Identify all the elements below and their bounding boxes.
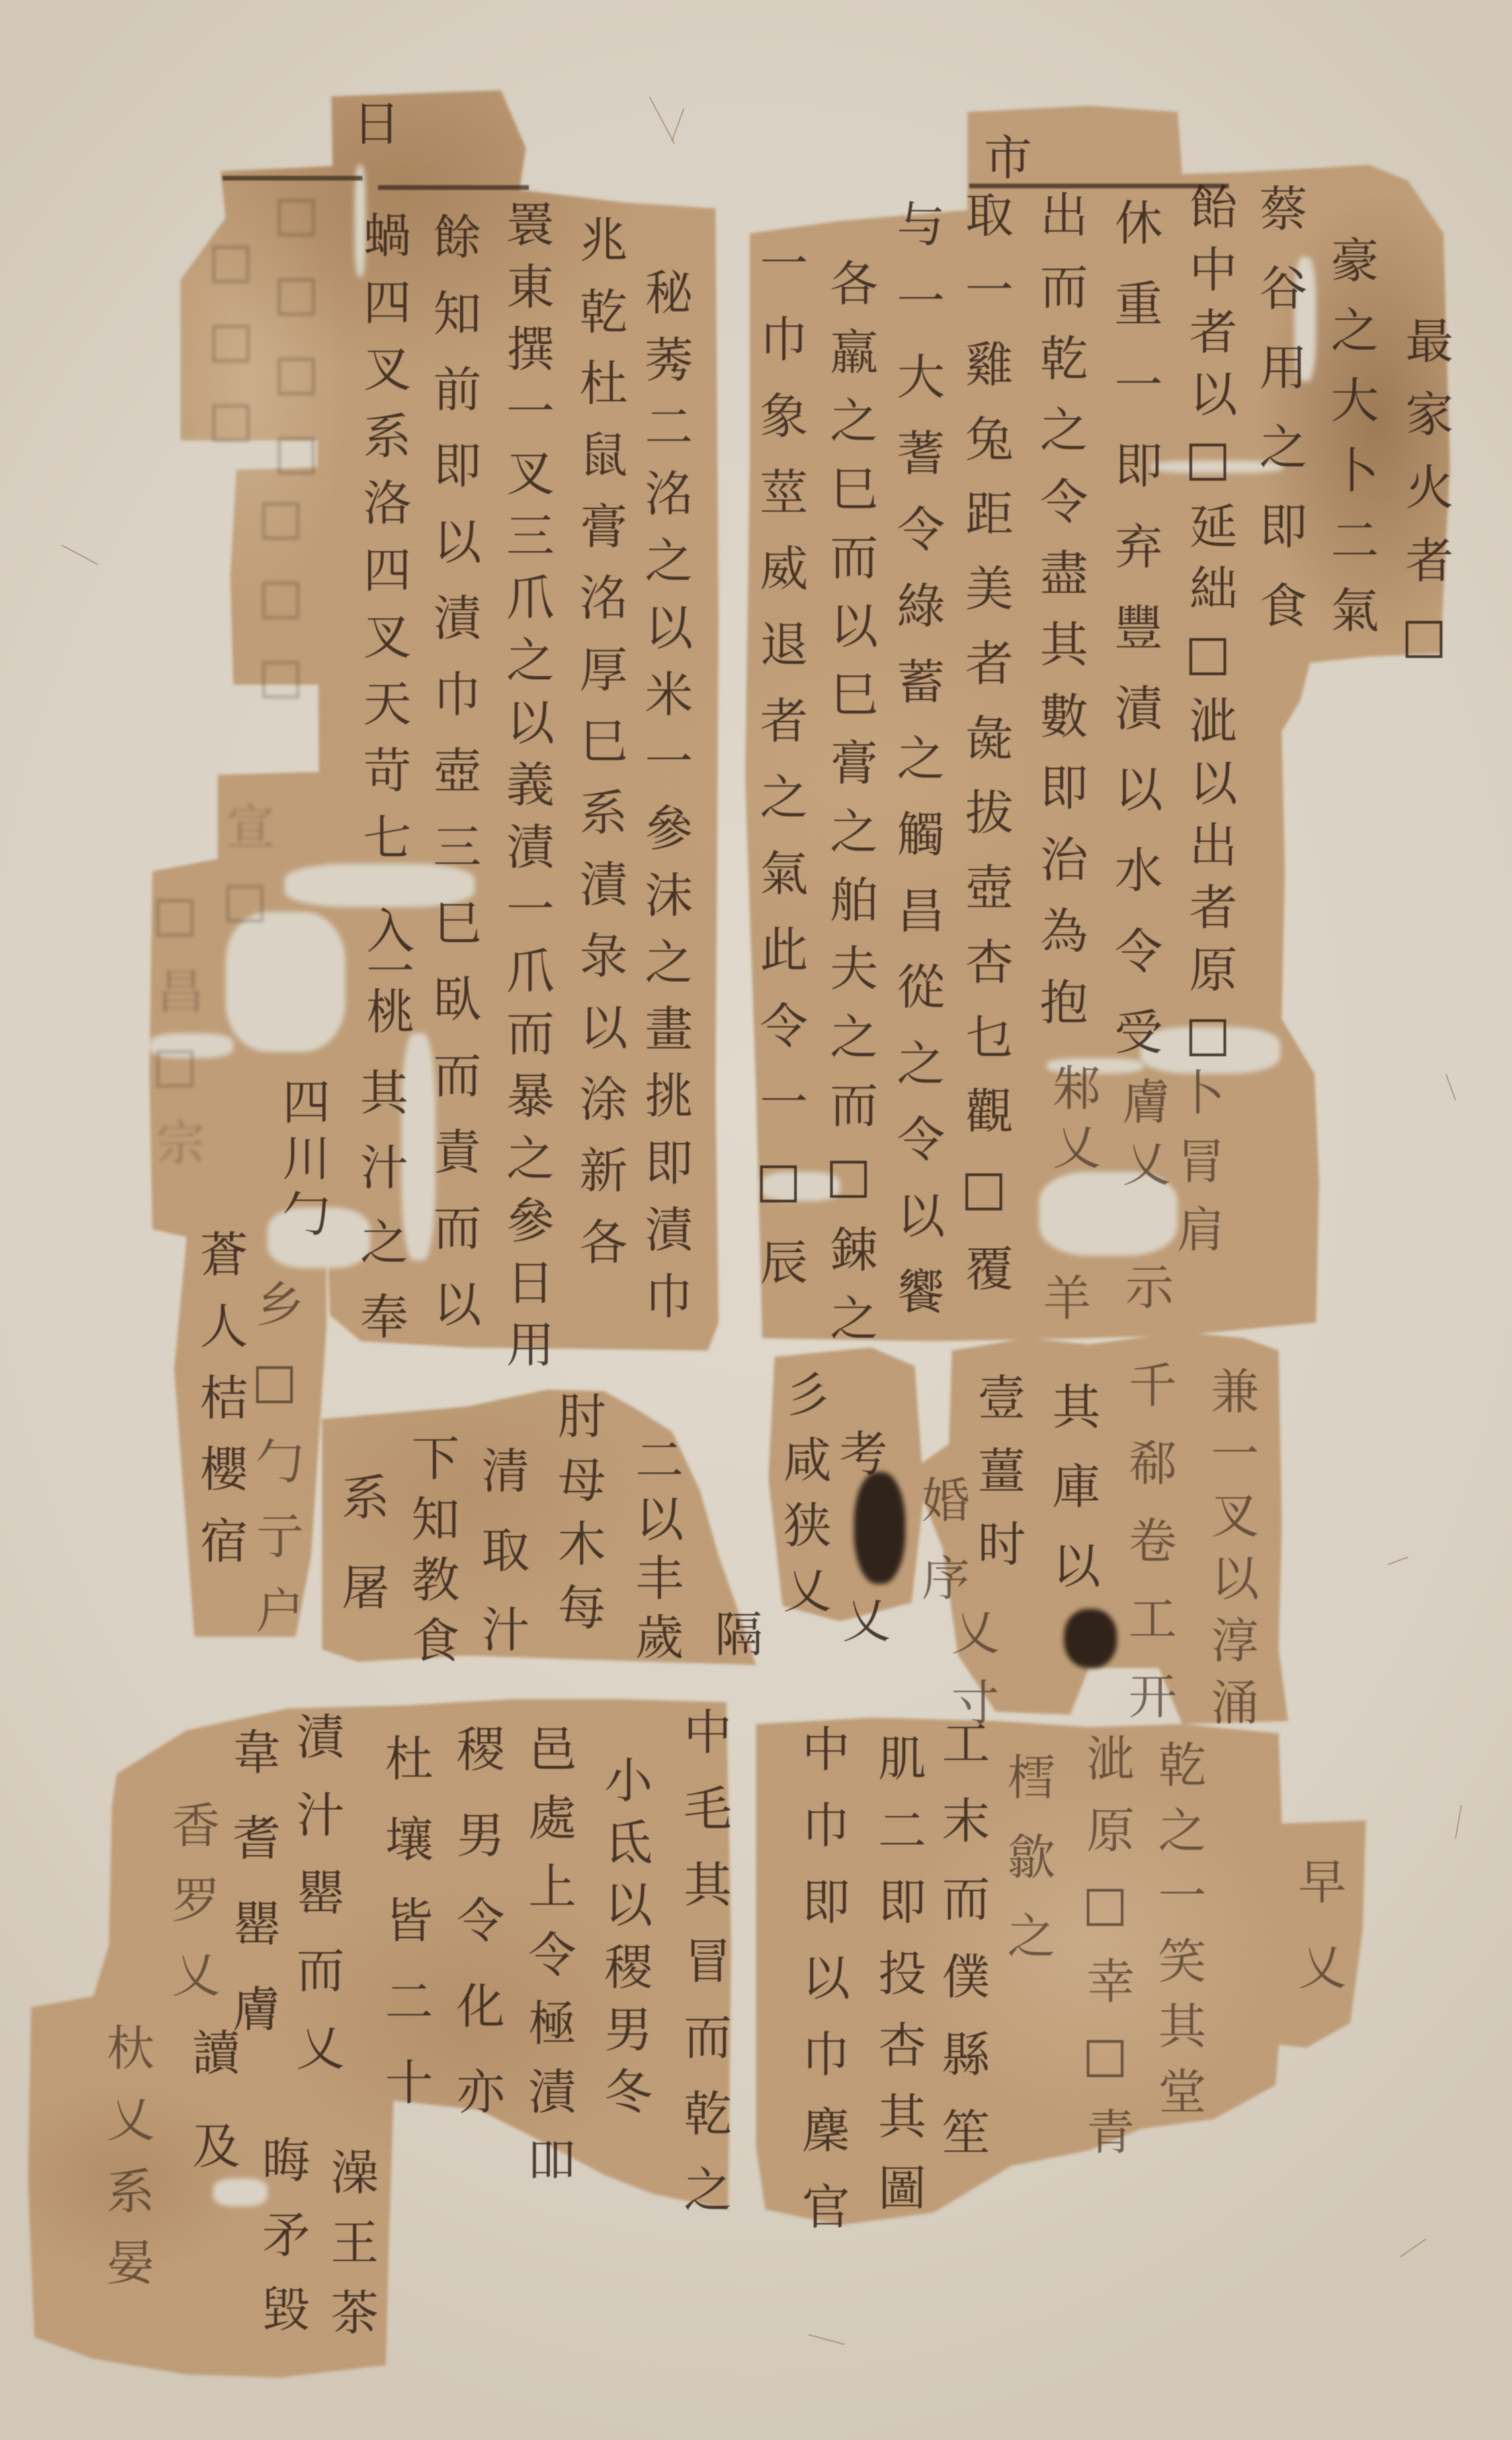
text-column: 千郗卷工开 xyxy=(1122,1360,1171,1749)
text-column: 工末而僕縣笙 xyxy=(936,1718,984,2185)
text-column: 杕乂系晏 xyxy=(101,2023,149,2309)
text-column: 稷男令化亦 xyxy=(450,1724,499,2152)
ink-stain xyxy=(854,1472,905,1584)
text-column: 彡咸狭乂 xyxy=(777,1370,825,1631)
text-column: 早乂 xyxy=(1292,1856,1340,2028)
text-column: 中毛其冒而乾之 xyxy=(677,1707,726,2241)
ink-stain xyxy=(1064,1609,1117,1668)
text-column: 餘知前即以漬巾壺三巳臥而責而以 xyxy=(427,212,476,1356)
text-column: 兼一叉以淳涌 xyxy=(1205,1366,1253,1739)
text-column: 蝸四叉系洛四叉天苛七 xyxy=(357,210,405,879)
text-column: 婚序 xyxy=(915,1475,964,1631)
faint-text-column: 宣□ xyxy=(220,801,269,952)
text-column: 飴中者以□延絀□泚以出者原□ xyxy=(1183,182,1232,1076)
ruled-line xyxy=(378,185,528,189)
text-column: 一巾象莖威退者之氣此令一□辰 xyxy=(753,238,802,1313)
text-column: 杜壤皆二十 xyxy=(379,1733,427,2138)
text-column: 四川勹 xyxy=(276,1076,324,1244)
faint-text-column: □昌□宗 xyxy=(150,887,198,1189)
text-column: 取一雞兔距美者彘拔壺杏乜觀□覆 xyxy=(959,190,1007,1318)
text-column: 最家火者□ xyxy=(1399,316,1447,689)
text-column: 膚乂 xyxy=(1116,1076,1164,1201)
text-column: 秘莠二洺之以米一參沫之畫挑即漬巾 xyxy=(638,268,687,1338)
text-column: 其庫以 xyxy=(1046,1381,1095,1620)
text-column: 与一大蓍令綠蓄之觸昌從之令以饗 xyxy=(890,199,939,1343)
faint-text-column: □□□ xyxy=(206,234,255,472)
text-column: 肌二即投杏其圖 xyxy=(872,1733,920,2234)
text-column-top-tab: 市 xyxy=(978,132,1026,181)
text-column: 乂 xyxy=(836,1595,884,1643)
text-column: 下知教食 xyxy=(405,1433,454,1676)
text-column: 樰歙之 xyxy=(1001,1752,1049,1990)
text-column: 香罗乂 xyxy=(165,1800,214,2025)
text-column: 漬汁罌而乂 xyxy=(290,1712,339,2101)
text-column: 考 xyxy=(833,1428,881,1477)
text-column: 邑處上令極漬吅 xyxy=(522,1724,570,2203)
text-column: 肘母木每 xyxy=(552,1391,600,1647)
text-column: 壹薑时 xyxy=(972,1372,1020,1592)
text-column: 澡王茶 xyxy=(324,2148,372,2357)
faint-text-column: □□□□ xyxy=(271,187,319,504)
text-column: 兆乾杜鼠膏洺厚巳系漬彔以涂新各 xyxy=(573,215,622,1289)
text-column: 羊 xyxy=(1037,1273,1085,1321)
text-column: 休重一即弃豐漬以水令受 xyxy=(1109,198,1157,1088)
text-column: 出而乾之令盡其數即治為抱 xyxy=(1034,190,1082,1049)
text-column: 系屠 xyxy=(335,1472,384,1653)
text-column: 邾乂 xyxy=(1046,1063,1095,1181)
text-column: 卜冐肩 xyxy=(1171,1067,1219,1272)
text-column-top-tab: 日 xyxy=(346,98,394,146)
faint-text-column: □□□ xyxy=(256,490,304,728)
text-column: 示 xyxy=(1119,1262,1167,1310)
text-column: 韋耆罌膚 xyxy=(226,1727,274,2070)
text-column: 晦矛毀 xyxy=(256,2135,304,2359)
text-column: 蒼人桔櫻宿 xyxy=(194,1229,242,1587)
text-column: 蔡谷用之即食 xyxy=(1253,184,1301,660)
text-column: 小氐以稷男冬 xyxy=(598,1755,646,2128)
text-column: 豪之大卜二氣 xyxy=(1325,235,1373,655)
text-column: 乾之一笑其堂 xyxy=(1152,1739,1200,2132)
text-column: 乡□勹亍户 xyxy=(249,1279,298,1660)
text-column: 隔 xyxy=(708,1609,757,1657)
ruled-line xyxy=(222,176,362,180)
text-column: 入一桃 xyxy=(360,906,408,1027)
text-column: 二以丰歲 xyxy=(629,1434,677,1671)
text-column: 各羸之巳而以巳膏之舶夫之而□鋉之 xyxy=(823,258,872,1361)
text-column: 清取汁 xyxy=(475,1446,523,1684)
silk-manuscript-photo: 日 秘莠二洺之以米一參沫之畫挑即漬巾 兆乾杜鼠膏洺厚巳系漬彔以涂新各 瞏東撰一叉… xyxy=(0,0,1512,2439)
text-column: 瞏東撰一叉三爪之以義漬一爪而暴之參日用 xyxy=(500,199,548,1381)
text-column: 泚原□幸□青 xyxy=(1080,1733,1128,2179)
text-column: 其汁之奉 xyxy=(354,1067,402,1366)
text-column: 中巾即以巾麇官 xyxy=(796,1724,844,2258)
text-column: 讀及 xyxy=(186,2027,234,2214)
